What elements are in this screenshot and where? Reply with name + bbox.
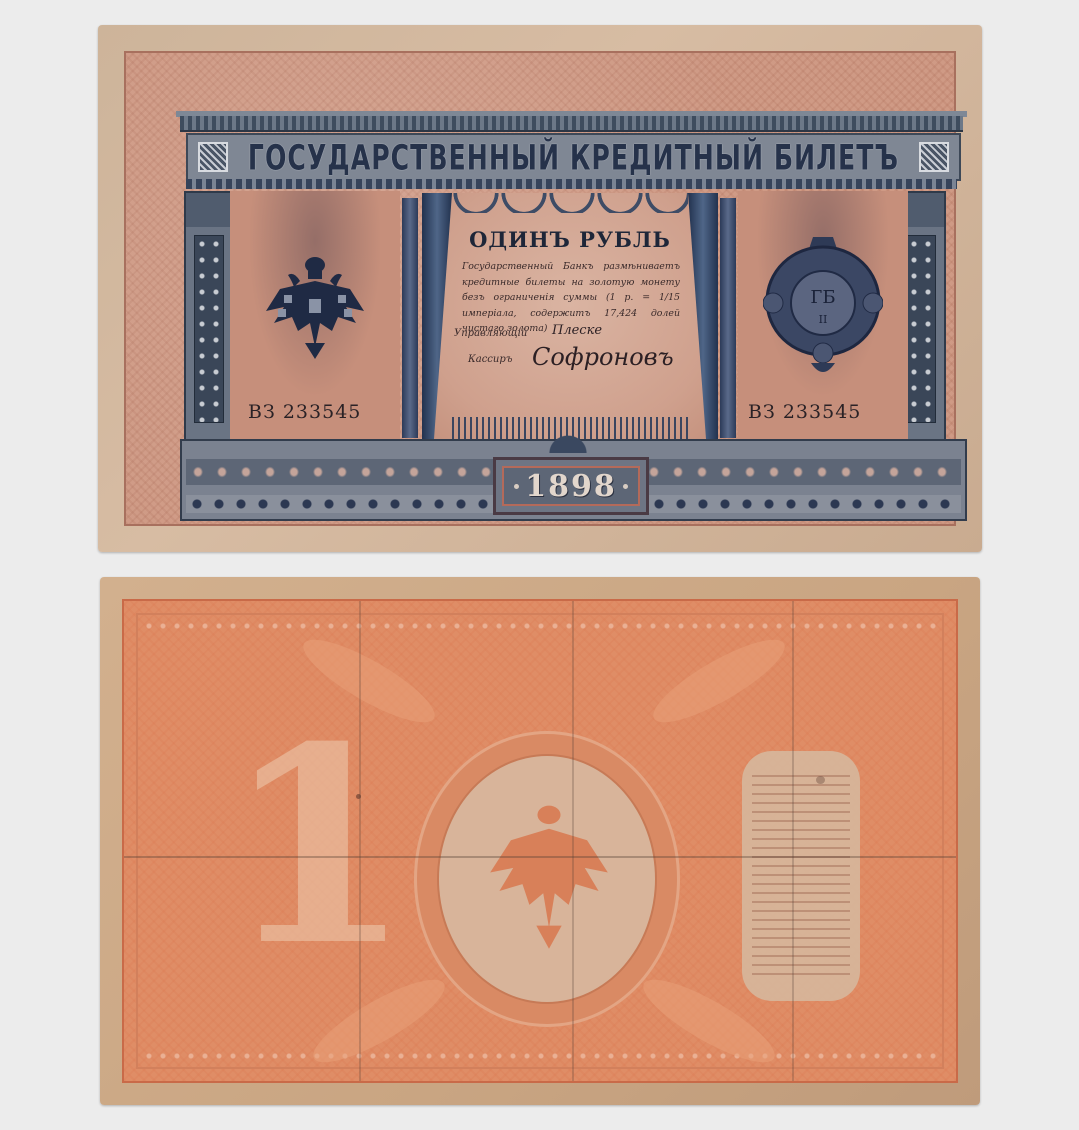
dot-border-bottom (142, 1049, 938, 1063)
text-panel (742, 751, 860, 1001)
inner-column (720, 198, 736, 438)
inner-column (402, 198, 418, 438)
knot-ornament-icon (198, 142, 228, 172)
manager-label: Управляющій (454, 328, 527, 339)
serial-number-left: ВЗ 233545 (248, 401, 361, 423)
fold-line (572, 601, 574, 1081)
cornice-dentils (180, 116, 963, 132)
crest-ornament-icon (536, 423, 600, 453)
right-panel: ГБ II ВЗ 233545 (738, 191, 908, 441)
cashier-signature: Софроновъ (532, 343, 674, 371)
denomination-text: ОДИНЪ РУБЛЬ (422, 227, 718, 252)
column-shaft (906, 235, 936, 423)
dot-ornament-icon (514, 484, 519, 489)
title-band: ГОСУДАРСТВЕННЫЙ КРЕДИТНЫЙ БИЛЕТЪ (186, 133, 961, 181)
manager-signature: Плеске (552, 323, 602, 338)
left-panel: ВЗ 233545 (230, 191, 400, 441)
outer-column-left (184, 191, 234, 445)
svg-text:II: II (819, 313, 828, 326)
garland-swags (452, 193, 688, 213)
fold-line (124, 856, 956, 858)
double-headed-eagle-icon (260, 251, 370, 361)
svg-text:ГБ: ГБ (810, 287, 835, 308)
column-shaft (194, 235, 224, 423)
banknote-front: ГОСУДАРСТВЕННЫЙ КРЕДИТНЫЙ БИЛЕТЪ (98, 25, 982, 552)
denomination-numeral: 1 (224, 711, 412, 981)
eagle-capital-icon (186, 193, 232, 227)
fold-line (792, 601, 794, 1081)
serial-number-right: ВЗ 233545 (748, 401, 861, 423)
front-guilloche-field: ГОСУДАРСТВЕННЫЙ КРЕДИТНЫЙ БИЛЕТЪ (124, 51, 956, 526)
back-guilloche-field: 1 (122, 599, 958, 1083)
state-bank-seal-icon: ГБ II (763, 231, 883, 381)
year-text: 1898 (525, 469, 617, 504)
back-text-lines (752, 775, 850, 977)
year-cartouche: 1898 (493, 457, 649, 515)
fold-line (359, 601, 361, 1081)
knot-ornament-icon (919, 142, 949, 172)
dot-ornament-icon (623, 484, 628, 489)
dot-border-top (142, 619, 938, 633)
stain (816, 776, 825, 784)
emblem-oval (414, 731, 680, 1027)
double-headed-eagle-icon (484, 801, 614, 951)
frieze (186, 179, 957, 189)
note-title: ГОСУДАРСТВЕННЫЙ КРЕДИТНЫЙ БИЛЕТЪ (248, 136, 899, 177)
banknote-back: 1 (100, 577, 980, 1105)
center-panel: ОДИНЪ РУБЛЬ Государственный Банкъ размѣн… (422, 193, 718, 439)
cashier-label: Кассиръ (468, 354, 512, 365)
stain (356, 794, 361, 799)
